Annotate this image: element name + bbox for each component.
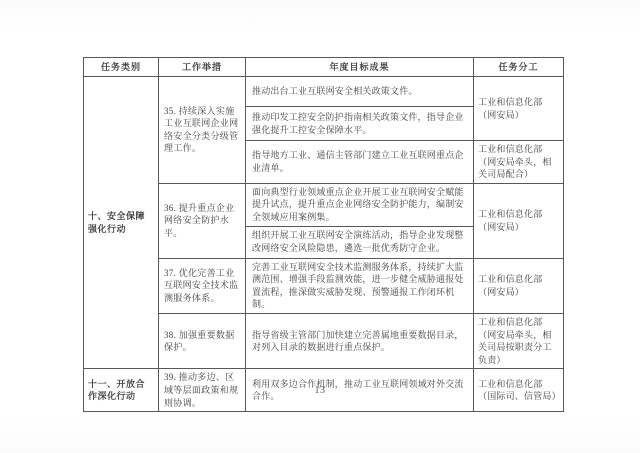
target-cell-38: 指导省级主管部门加快建立完善属地重要数据目录，对列入目录的数据进行重点保护。 — [246, 313, 474, 368]
target-cell-37: 完善工业互联网安全技术监测服务体系，持续扩大监测范围、增强手段监测效能，进一步健… — [246, 258, 474, 313]
measure-cell-35: 35. 持续深入实施工业互联网企业网络安全分类分级管理工作。 — [159, 77, 246, 184]
division-cell-3: 工业和信息化部（网安局） — [474, 183, 564, 258]
target-cell-35-1: 推动出台工业互联网安全相关政策文件。 — [246, 77, 474, 107]
document-page: 任务类别 工作举措 年度目标成果 任务分工 十、安全保障强化行动 35. 持续深… — [0, 0, 640, 453]
target-cell-35-2: 推动印发工控安全防护指南相关政策文件，指导企业强化提升工控安全保障水平。 — [246, 107, 474, 141]
task-table: 任务类别 工作举措 年度目标成果 任务分工 十、安全保障强化行动 35. 持续深… — [83, 57, 564, 412]
header-task-division: 任务分工 — [474, 58, 564, 77]
header-task-category: 任务类别 — [84, 58, 159, 77]
category-cell-security: 十、安全保障强化行动 — [84, 77, 159, 369]
target-cell-36-2: 组织开展工业互联网安全演练活动，指导企业发现整改网络安全风险隐患，遴选一批优秀防… — [246, 226, 474, 258]
division-cell-2: 工业和信息化部（网安局牵头，相关司局配合） — [474, 141, 564, 184]
target-cell-36-1: 面向典型行业领域重点企业开展工业互联网安全赋能提升试点，提升重点企业网络安全防护… — [246, 183, 474, 226]
table-row: 十、安全保障强化行动 35. 持续深入实施工业互联网企业网络安全分类分级管理工作… — [84, 77, 564, 107]
measure-cell-36: 36. 提升重点企业网络安全防护水平。 — [159, 183, 246, 258]
division-cell-4: 工业和信息化部（网安局） — [474, 258, 564, 313]
header-work-measures: 工作举措 — [159, 58, 246, 77]
table-header-row: 任务类别 工作举措 年度目标成果 任务分工 — [84, 58, 564, 77]
target-cell-35-3: 指导地方工业、通信主管部门建立工业互联网重点企业清单。 — [246, 141, 474, 184]
division-cell-5: 工业和信息化部（网安局牵头，相关司局按职责分工负责） — [474, 313, 564, 368]
measure-cell-37: 37. 优化完善工业互联网安全技术监测服务体系。 — [159, 258, 246, 313]
header-annual-targets: 年度目标成果 — [246, 58, 474, 77]
division-cell-1: 工业和信息化部（网安局） — [474, 77, 564, 141]
page-number: 13 — [0, 385, 640, 396]
measure-cell-38: 38. 加强重要数据保护。 — [159, 313, 246, 368]
